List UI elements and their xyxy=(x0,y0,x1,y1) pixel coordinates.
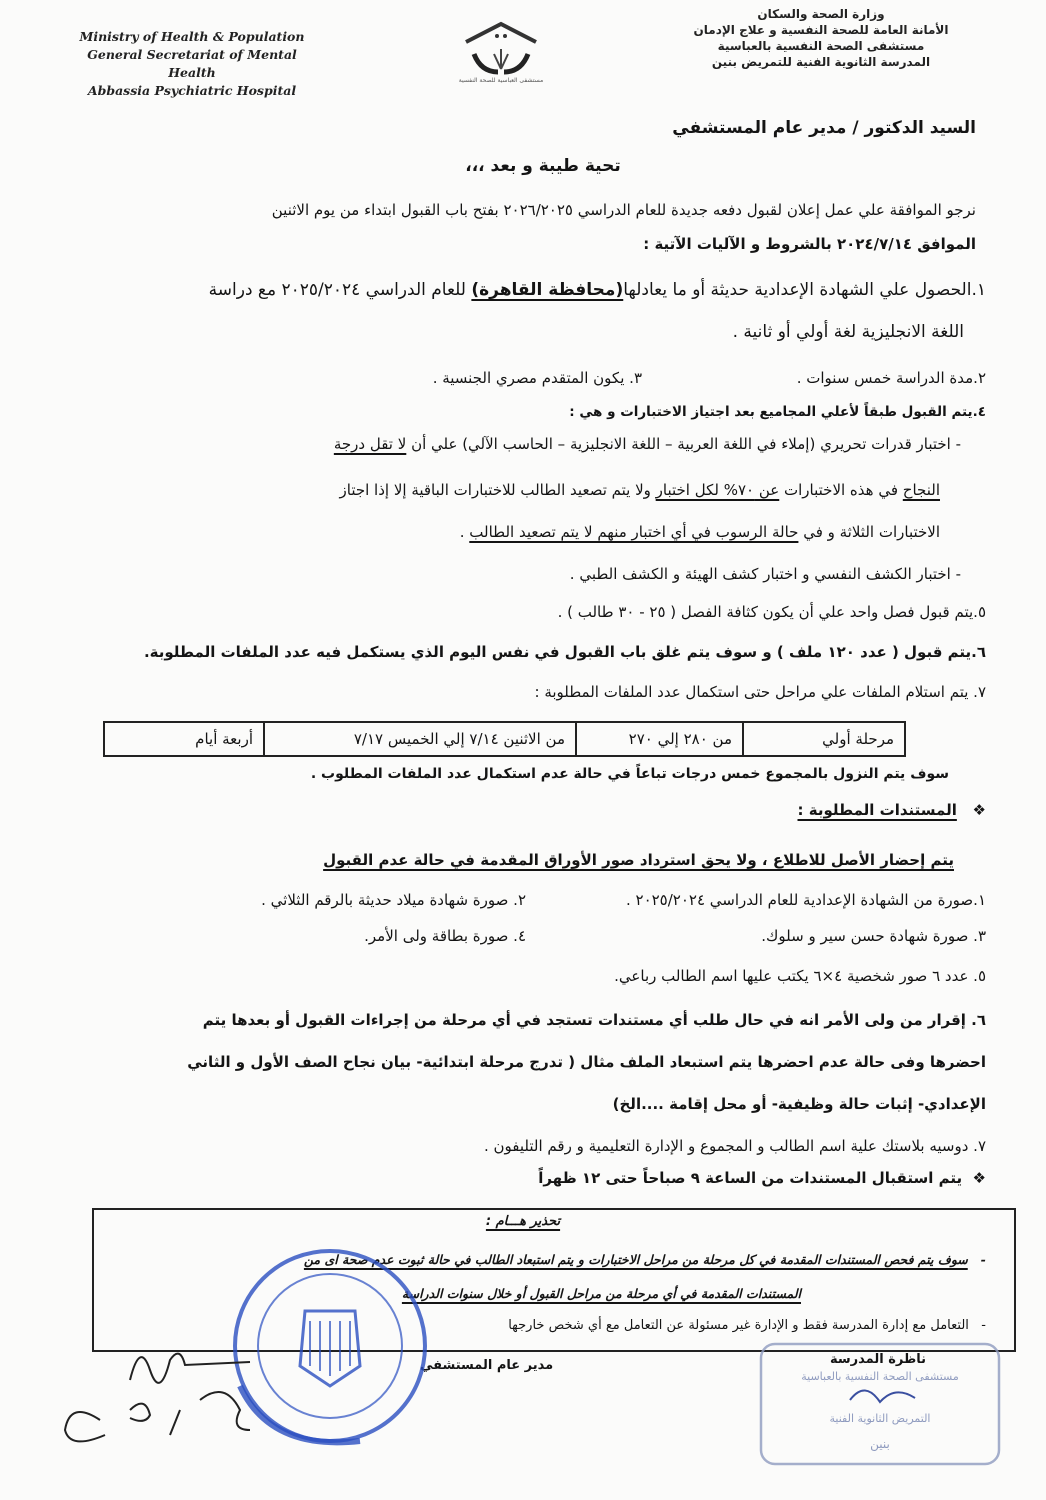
condition-1: ١.الحصول علي الشهادة الإعدادية حديثة أو … xyxy=(209,278,986,302)
greeting: تحية طيبة و بعد ،،، xyxy=(0,156,1046,176)
stage-table: مرحلة أولي من ٢٨٠ إلي ٢٧٠ من الاثنين ٧/١… xyxy=(103,721,906,757)
svg-text:مستشفى الصحة النفسية بالعباسية: مستشفى الصحة النفسية بالعباسية xyxy=(801,1370,959,1383)
condition-7: ٧. يتم استلام الملفات علي مراحل حتى استك… xyxy=(535,680,987,704)
cairo-governorate: (محافظة القاهرة) xyxy=(471,280,623,300)
condition-3: ٣. يكون المتقدم مصري الجنسية . xyxy=(433,366,642,390)
document-6-line-1: ٦. إقرار من ولى الأمر انه في حال طلب أي … xyxy=(203,1008,986,1032)
ministry-name-ar: وزارة الصحة والسكان xyxy=(656,6,986,22)
secretariat-name-ar: الأمانة العامة للصحة النفسية و علاج الإد… xyxy=(656,22,986,38)
addressee: السيد الدكتور / مدير عام المستشفي xyxy=(672,118,976,138)
condition-4-bullet-1-line-1: - اختبار قدرات تحريري (إملاء في اللغة ال… xyxy=(334,432,961,456)
score-range-cell: من ٢٨٠ إلي ٢٧٠ xyxy=(576,722,743,756)
stage-name-cell: مرحلة أولي xyxy=(743,722,905,756)
warning-title: تحذير هـــام : xyxy=(0,1214,1046,1229)
hospital-logo: مستشفى العباسية للصحة النفسية xyxy=(436,14,566,84)
condition-5: ٥.يتم قبول فصل واحد علي أن يكون كثافة ال… xyxy=(558,600,986,624)
document-page: Ministry of Health & Population General … xyxy=(0,0,1046,1500)
condition-6: ٦.يتم قبول ( عدد ١٢٠ ملف ) و سوف يتم غلق… xyxy=(144,640,986,664)
svg-text:التمريض الثانوية الفنية: التمريض الثانوية الفنية xyxy=(830,1412,931,1425)
document-2: ٢. صورة شهادة ميلاد حديثة بالرقم الثلاثي… xyxy=(261,888,526,912)
document-6-line-2: احضرها وفى حالة عدم احضرها يتم استبعاد ا… xyxy=(187,1050,986,1074)
hospital-name-en: Abbassia Psychiatric Hospital xyxy=(72,82,312,100)
warning-2: - التعامل مع إدارة المدرسة فقط و الإدارة… xyxy=(508,1314,986,1338)
score-drop-note: سوف يتم النزول بالمجموع خمس درجات تباعاً… xyxy=(311,762,949,786)
documents-subtitle: يتم إحضار الأصل للاطلاع ، ولا يحق استردا… xyxy=(323,848,954,872)
document-1: ١.صورة من الشهادة الإعدادية للعام الدراس… xyxy=(626,888,986,912)
intro-line-2: الموافق ٢٠٢٤/٧/١٤ بالشروط و الآليات الآت… xyxy=(643,232,976,256)
svg-text:مستشفى العباسية للصحة النفسية: مستشفى العباسية للصحة النفسية xyxy=(459,77,543,84)
document-7: ٧. دوسيه بلاستك علية اسم الطالب و المجمو… xyxy=(484,1134,986,1158)
director-signature-icon xyxy=(50,1340,310,1450)
condition-2: ٢.مدة الدراسة خمس سنوات . xyxy=(797,366,986,390)
intro-line-1: نرجو الموافقة علي عمل إعلان لقبول دفعه ج… xyxy=(272,198,976,222)
table-row: مرحلة أولي من ٢٨٠ إلي ٢٧٠ من الاثنين ٧/١… xyxy=(104,722,905,756)
logo-icon: مستشفى العباسية للصحة النفسية xyxy=(436,14,566,84)
header-english: Ministry of Health & Population General … xyxy=(72,28,312,100)
warning-1-line-2: المستندات المقدمة في أي مرحلة من مراحل ا… xyxy=(402,1282,801,1306)
condition-4-bullet-2: - اختبار الكشف النفسي و اختبار كشف الهيئ… xyxy=(570,562,961,586)
bullet-icon: ❖ xyxy=(973,801,986,819)
hospital-name-ar: مستشفى الصحة النفسية بالعباسية xyxy=(656,38,986,54)
svg-text:بنين: بنين xyxy=(870,1437,890,1452)
secretariat-name-en: General Secretariat of Mental Health xyxy=(72,46,312,82)
ministry-name-en: Ministry of Health & Population xyxy=(72,28,312,46)
condition-4: ٤.يتم القبول طبقاً لأعلي المجاميع بعد اج… xyxy=(569,400,986,424)
date-range-cell: من الاثنين ٧/١٤ إلي الخميس ٧/١٧ xyxy=(264,722,576,756)
documents-heading: ❖ المستندات المطلوبة : xyxy=(798,798,987,822)
condition-4-bullet-1-line-2: النجاح في هذه الاختبارات عن ٧٠% لكل اختب… xyxy=(340,478,941,502)
condition-1-cont: اللغة الانجليزية لغة أولي أو ثانية . xyxy=(733,320,964,344)
condition-4-bullet-1-line-3: الاختبارات الثلاثة و في حالة الرسوب في أ… xyxy=(460,520,940,544)
reception-hours: ❖ يتم استقبال المستندات من الساعة ٩ صباح… xyxy=(538,1166,986,1190)
school-name-ar: المدرسة الثانوية الفنية للتمريض بنين xyxy=(656,54,986,70)
document-4: ٤. صورة بطاقة ولى الأمر. xyxy=(364,924,526,948)
school-stamp-icon: مستشفى الصحة النفسية بالعباسية التمريض ا… xyxy=(755,1340,1005,1470)
duration-cell: أربعة أيام xyxy=(104,722,264,756)
document-6-line-3: الإعدادي- إثبات حالة وظيفية- أو محل إقام… xyxy=(613,1092,986,1116)
header-arabic: وزارة الصحة والسكان الأمانة العامة للصحة… xyxy=(656,6,986,70)
bullet-icon: ❖ xyxy=(973,1169,986,1187)
document-3: ٣. صورة شهادة حسن سير و سلوك. xyxy=(761,924,986,948)
document-5: ٥. عدد ٦ صور شخصية ٤×٦ يكتب عليها اسم ال… xyxy=(614,964,986,988)
